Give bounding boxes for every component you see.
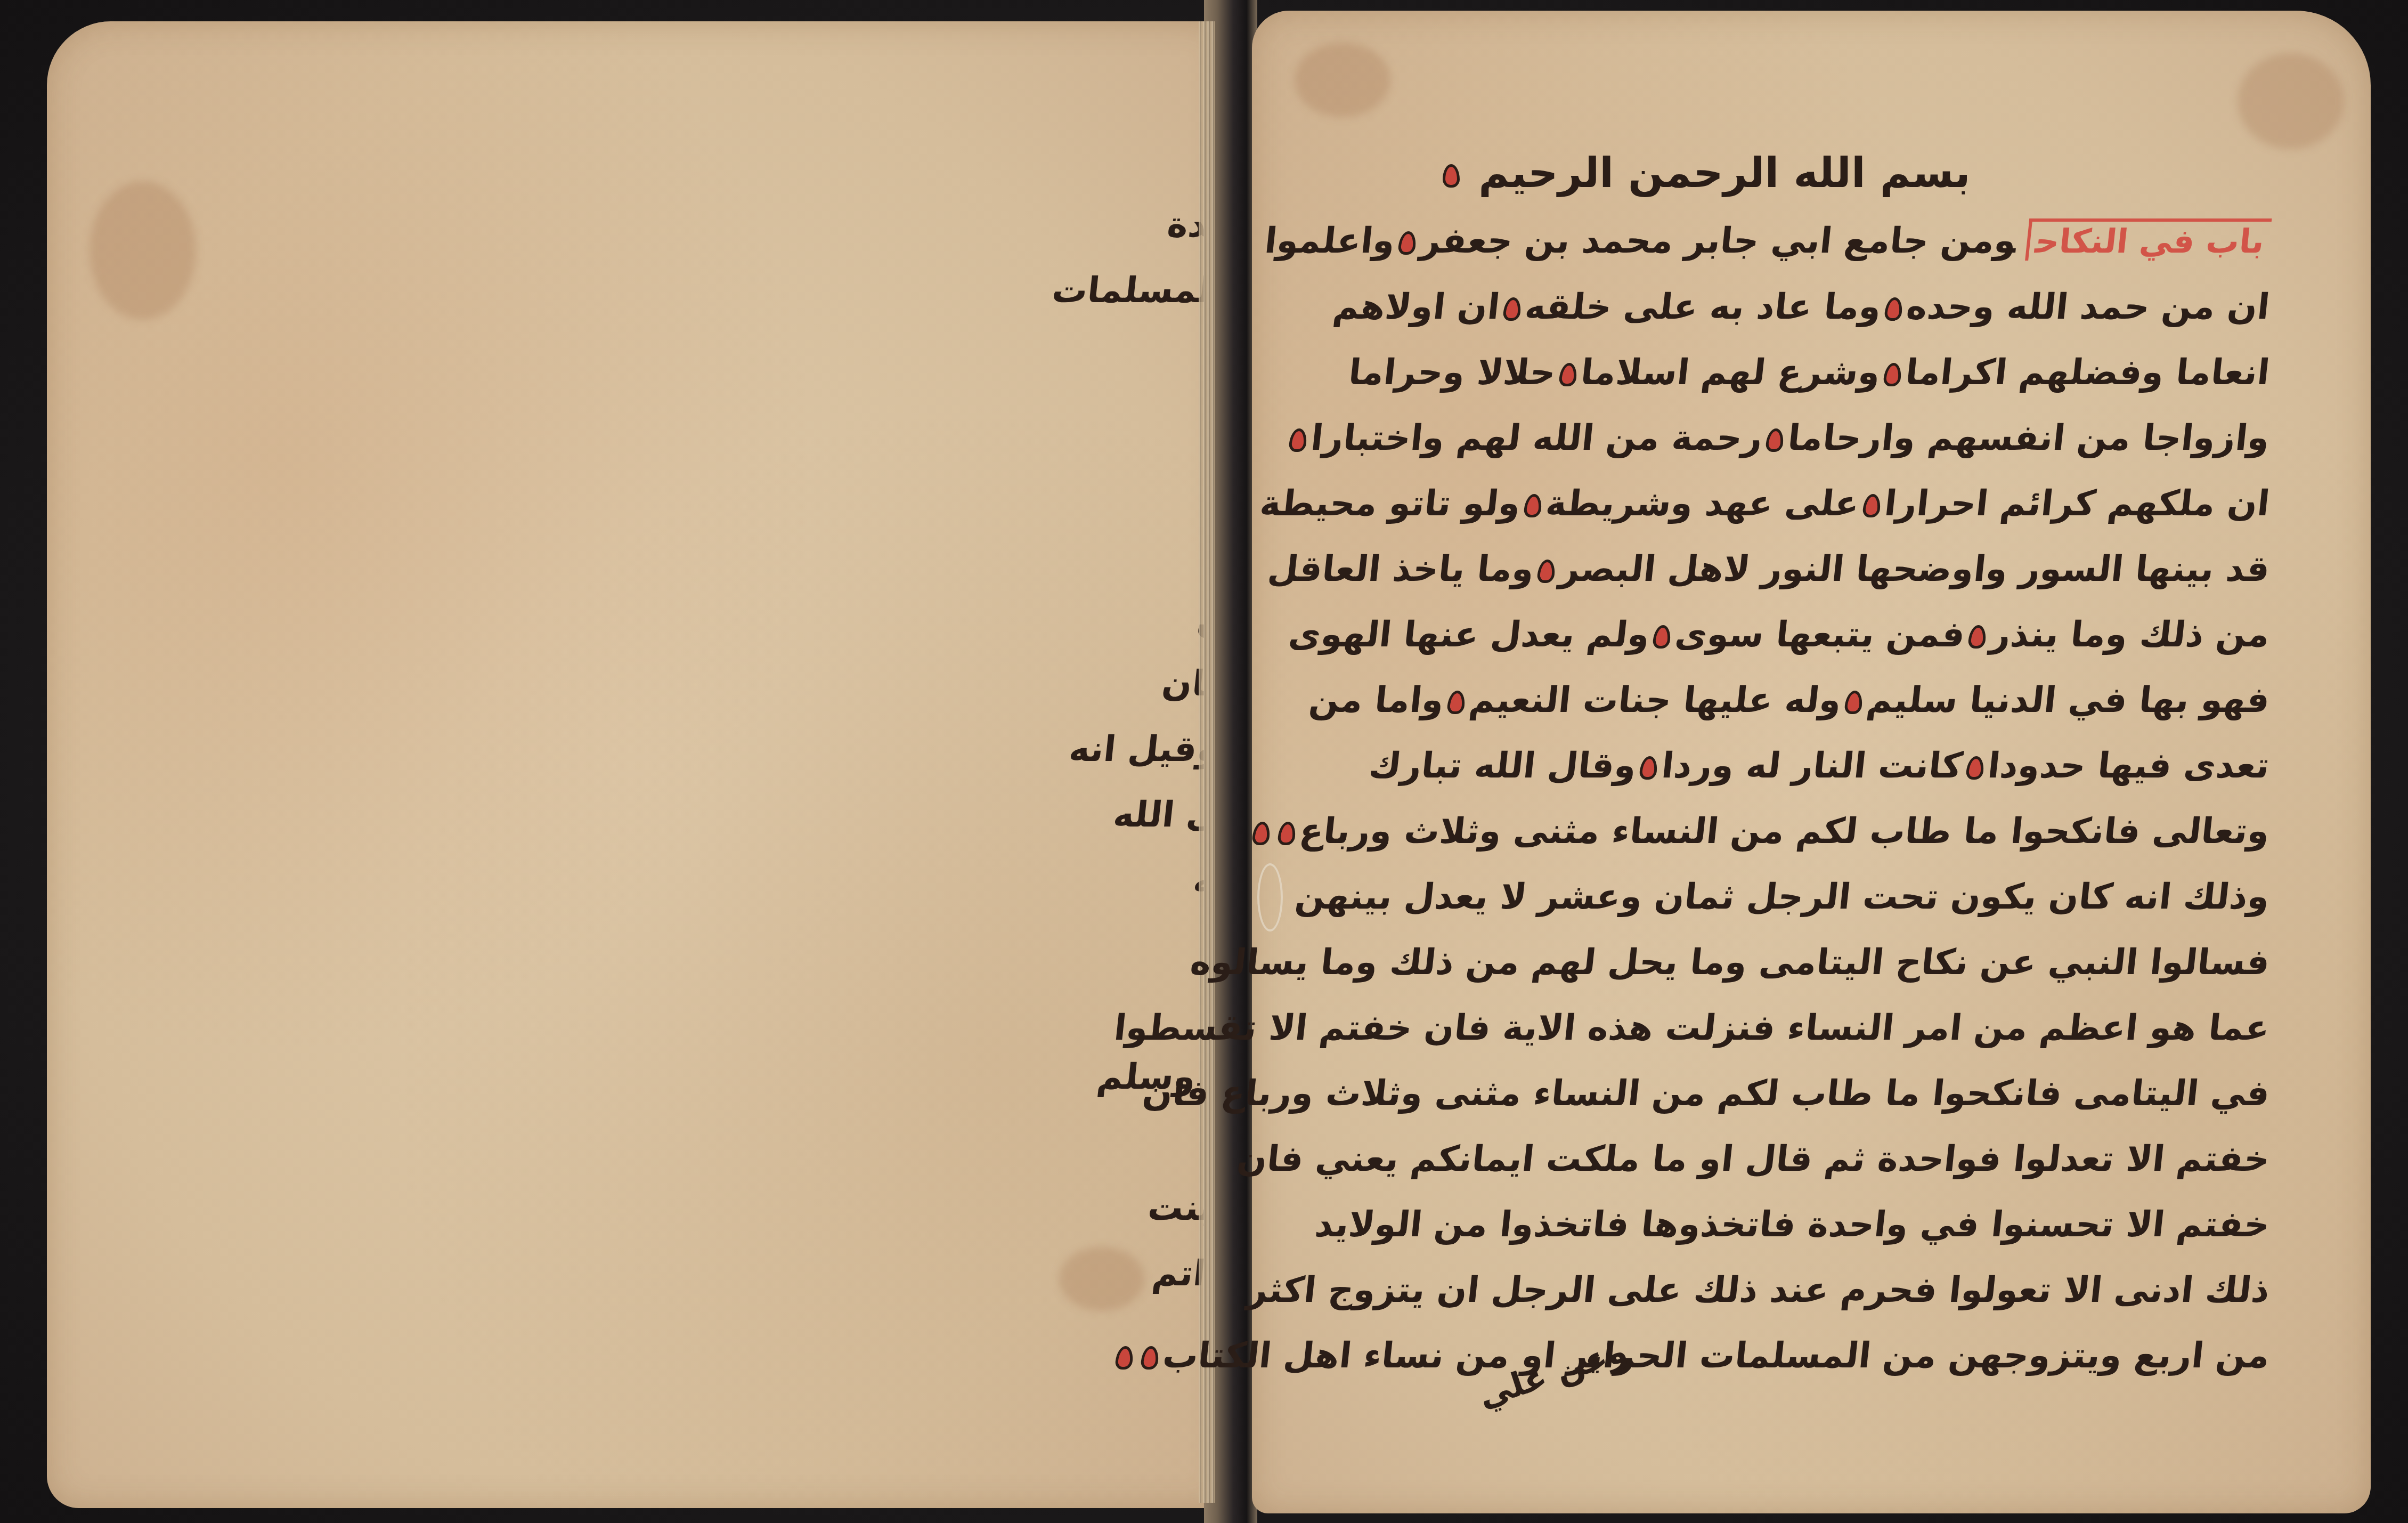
text-segment: في اليتامى فانكحوا ما طاب لكم من النساء … xyxy=(1141,1073,2272,1114)
red-stop-mark-icon xyxy=(1443,164,1460,188)
text-segment: من اربع ويتزوجهن من المسلمات الحراير او … xyxy=(1161,1335,2272,1376)
text-segment: رحمة من الله لهم واختبارا xyxy=(1309,417,1764,458)
text-segment: فمن يتبعها سوى xyxy=(1673,614,1967,655)
red-stop-mark-icon xyxy=(1398,231,1418,255)
manuscript-line: فهو بها في الدنيا سليموله عليها جنات الن… xyxy=(1435,667,2273,733)
red-stop-mark-icon xyxy=(1965,756,1985,780)
text-segment: من ذلك وما ينذر xyxy=(1988,614,2272,655)
text-segment: فهو بها في الدنيا سليم xyxy=(1865,679,2272,720)
manuscript-line: خفتم الا تحسنوا في واحدة فاتخذوها فاتخذو… xyxy=(1435,1192,2273,1257)
text-segment: وقيل انه xyxy=(1067,728,1221,769)
text-segment: ذلك ادنى الا تعولوا فحرم عند ذلك على الر… xyxy=(1246,1269,2272,1310)
red-stop-mark-icon xyxy=(1114,1346,1134,1370)
red-stop-mark-icon xyxy=(1446,691,1466,714)
text-segment: وتعالى فانكحوا ما طاب لكم من النساء مثنى… xyxy=(1297,811,2272,852)
red-stop-mark-icon xyxy=(1639,756,1659,780)
text-segment: ان اولاهم xyxy=(1331,286,1502,327)
manuscript-line: خفتم الا تعدلوا فواحدة ثم قال او ما ملكت… xyxy=(1435,1126,2273,1192)
text-segment: وما ياخذ العاقل xyxy=(1266,548,1536,589)
paper-stain xyxy=(1295,43,1390,117)
left-page xyxy=(47,21,1224,1508)
manuscript-line: ان ملكهم كرائم احراراعلى عهد وشريطةولو ت… xyxy=(1435,471,2273,536)
red-stop-mark-icon xyxy=(1653,625,1672,649)
manuscript-line: انعاما وفضلهم اكراماوشرع لهم اسلاماحلالا… xyxy=(1435,339,2273,405)
red-stop-mark-icon xyxy=(1251,822,1271,845)
text-segment: خفتم الا تحسنوا في واحدة فاتخذوها فاتخذو… xyxy=(1313,1204,2272,1245)
text-segment: وشرع لهم اسلاما xyxy=(1579,352,1883,393)
red-stop-mark-icon xyxy=(1502,297,1522,321)
red-stop-mark-icon xyxy=(1523,494,1543,517)
paper-stain xyxy=(90,181,196,320)
manuscript-line: وذلك انه كان يكون تحت الرجل ثمان وعشر لا… xyxy=(1435,864,2273,929)
basmala-text: بسم الله الرحمن الرحيم xyxy=(1478,149,1970,197)
red-stop-mark-icon xyxy=(1288,428,1308,452)
text-segment: تعدى فيها حدودا xyxy=(1986,745,2272,786)
text-segment: على عهد وشريطة xyxy=(1544,483,1861,524)
red-stop-mark-icon xyxy=(1558,363,1578,386)
text-segment: ولو تاتو محيطة xyxy=(1258,483,1523,524)
text-segment: فسالوا النبي عن نكاح اليتامى وما يحل لهم… xyxy=(1189,942,2272,983)
manuscript-line: عما هو اعظم من امر النساء فنزلت هذه الاي… xyxy=(1435,995,2273,1060)
binding-thread xyxy=(1257,863,1283,931)
text-segment: وما عاد به على خلقه xyxy=(1523,286,1883,327)
text-segment: خفتم الا تعدلوا فواحدة ثم قال او ما ملكت… xyxy=(1235,1138,2272,1179)
red-stop-mark-icon xyxy=(1862,494,1882,517)
text-segment: انعاما وفضلهم اكراما xyxy=(1903,352,2272,393)
text-segment: عما هو اعظم من امر النساء فنزلت هذه الاي… xyxy=(1112,1007,2272,1048)
chapter-heading: باب في النكاح xyxy=(2025,218,2272,261)
red-stop-mark-icon xyxy=(1537,560,1557,583)
text-segment: ولم يعدل عنها الهوى xyxy=(1287,614,1652,655)
text-segment: وله عليها جنات النعيم xyxy=(1467,679,1843,720)
manuscript-line: باب في النكاحومن جامع ابي جابر محمد بن ج… xyxy=(1435,208,2273,274)
text-segment: ان ملكهم كرائم احرارا xyxy=(1882,483,2272,524)
page-edges xyxy=(1199,21,1215,1503)
red-stop-mark-icon xyxy=(1844,691,1864,714)
manuscript-line: من ذلك وما ينذرفمن يتبعها سوىولم يعدل عن… xyxy=(1435,602,2273,667)
manuscript-line: ذلك ادنى الا تعولوا فحرم عند ذلك على الر… xyxy=(1435,1257,2273,1323)
text-segment: قد بينها السور واوضحها النور لاهل البصر xyxy=(1557,548,2272,589)
text-segment: ان من حمد الله وحده xyxy=(1905,286,2272,327)
manuscript-line: ان من حمد الله وحدهوما عاد به على خلقهان… xyxy=(1435,274,2273,339)
text-segment: واعلموا xyxy=(1263,220,1397,261)
manuscript-line: وتعالى فانكحوا ما طاب لكم من النساء مثنى… xyxy=(1435,798,2273,864)
red-stop-mark-icon xyxy=(1884,297,1903,321)
red-stop-mark-icon xyxy=(1883,363,1902,386)
manuscript-line: في اليتامى فانكحوا ما طاب لكم من النساء … xyxy=(1435,1060,2273,1126)
paper-stain xyxy=(1059,1247,1144,1311)
manuscript-line: وازواجا من انفسهم وارحامارحمة من الله له… xyxy=(1435,405,2273,471)
text-segment: واما من xyxy=(1307,679,1446,720)
text-segment: وذلك انه كان يكون تحت الرجل ثمان وعشر لا… xyxy=(1293,876,2272,917)
right-page-text: بسم الله الرحمن الرحيم باب في النكاحومن … xyxy=(1438,139,2269,1388)
text-segment: كانت النار له وردا xyxy=(1659,745,1964,786)
red-stop-mark-icon xyxy=(1277,822,1297,845)
red-stop-mark-icon xyxy=(1765,428,1785,452)
red-stop-mark-icon xyxy=(1967,625,1987,649)
manuscript-line: فسالوا النبي عن نكاح اليتامى وما يحل لهم… xyxy=(1435,929,2273,995)
red-stop-mark-icon xyxy=(1140,1346,1160,1370)
manuscript-line: قد بينها السور واوضحها النور لاهل البصرو… xyxy=(1435,536,2273,602)
text-segment: وقال الله تبارك xyxy=(1367,745,1639,786)
basmala-heading: بسم الله الرحمن الرحيم xyxy=(1438,139,2269,208)
text-segment: ومن جامع ابي جابر محمد بن جعفر xyxy=(1418,220,2019,261)
text-segment: وازواجا من انفسهم وارحاما xyxy=(1786,417,2272,458)
paper-stain xyxy=(2238,53,2344,149)
text-segment: حلالا وحراما xyxy=(1347,352,1558,393)
manuscript-line: تعدى فيها حدوداكانت النار له ورداوقال ال… xyxy=(1435,733,2273,798)
